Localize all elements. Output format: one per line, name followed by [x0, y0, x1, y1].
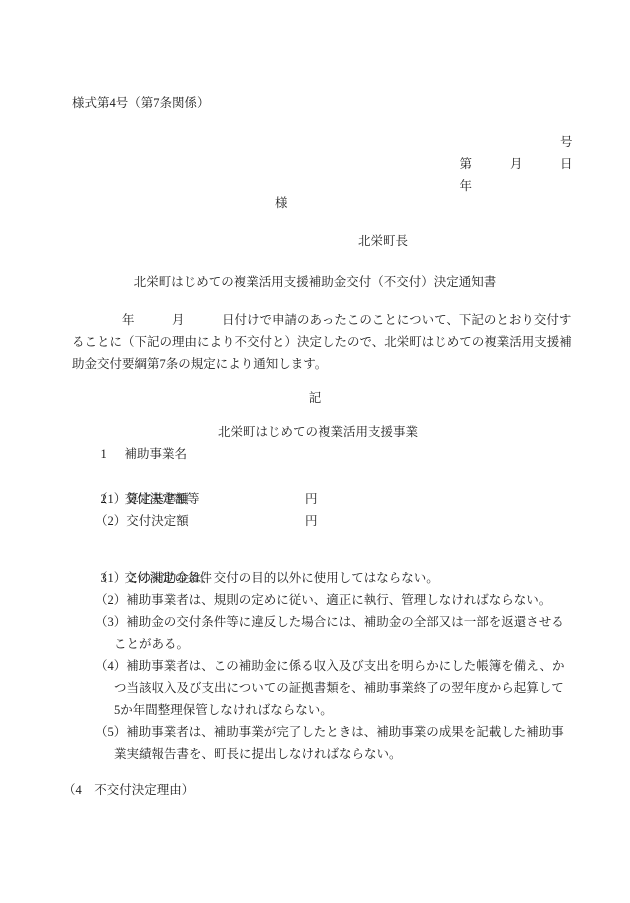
amount-row-label: （2）交付決定額	[95, 514, 189, 528]
section-1-label: 補助事業名	[125, 447, 188, 461]
condition-line: （4）補助事業者は、この補助金に係る収入及び支出を明らかにした帳簿を備え、か	[95, 655, 595, 677]
document-page: 様式第4号（第7条関係） 第 号 年 月 日 様 北栄町長 北栄町はじめての複業…	[0, 0, 630, 903]
date-line: 年 月 日	[447, 153, 573, 263]
condition-line: ことがある。	[95, 633, 595, 655]
condition-line: （3）補助金の交付条件等に違反した場合には、補助金の全部又は一部を返還させる	[95, 611, 595, 633]
amount-row-label: （1）算定基準額	[95, 492, 189, 506]
nongrant-reason-note: （4 不交付決定理由）	[63, 779, 194, 801]
body-paragraph: 年 月 日付けで申請のあったこのことについて、下記のとおり交付す ることに（下記…	[72, 309, 592, 375]
doc-number-suffix: 号	[560, 131, 573, 153]
form-number-label: 様式第4号（第7条関係）	[72, 92, 210, 114]
amount-unit-label: 円	[305, 510, 318, 532]
condition-line: 業実績報告書を、町長に提出しなければならない。	[95, 743, 595, 765]
sender-title: 北栄町長	[358, 230, 408, 252]
condition-line: （1）この補助金は、交付の目的以外に使用してはならない。	[95, 567, 595, 589]
conditions-list: （1）この補助金は、交付の目的以外に使用してはならない。（2）補助事業者は、規則…	[95, 567, 595, 765]
date-day-label: 日	[560, 153, 573, 175]
amount-rows: （1）算定基準額円（2）交付決定額円	[95, 488, 515, 532]
date-year-label: 年	[460, 179, 473, 193]
condition-line: （5）補助事業者は、補助事業が完了したときは、補助事業の成果を記載した補助事	[95, 721, 595, 743]
amount-unit-label: 円	[305, 488, 318, 510]
record-marker: 記	[0, 387, 630, 409]
condition-line: （2）補助事業者は、規則の定めに従い、適正に執行、管理しなければならない。	[95, 589, 595, 611]
amount-row: （2）交付決定額円	[95, 510, 515, 532]
section-1-value: 北栄町はじめての複業活用支援事業	[218, 421, 418, 443]
section-1-number: 1	[101, 443, 125, 465]
amount-row: （1）算定基準額円	[95, 488, 515, 510]
condition-line: 5か年間整理保管しなければならない。	[95, 699, 595, 721]
date-month-label: 月	[510, 153, 523, 175]
document-title: 北栄町はじめての複業活用支援補助金交付（不交付）決定通知書	[0, 271, 630, 293]
condition-line: つ当該収入及び支出についての証拠書類を、補助事業終了の翌年度から起算して	[95, 677, 595, 699]
addressee-honorific: 様	[275, 192, 288, 214]
